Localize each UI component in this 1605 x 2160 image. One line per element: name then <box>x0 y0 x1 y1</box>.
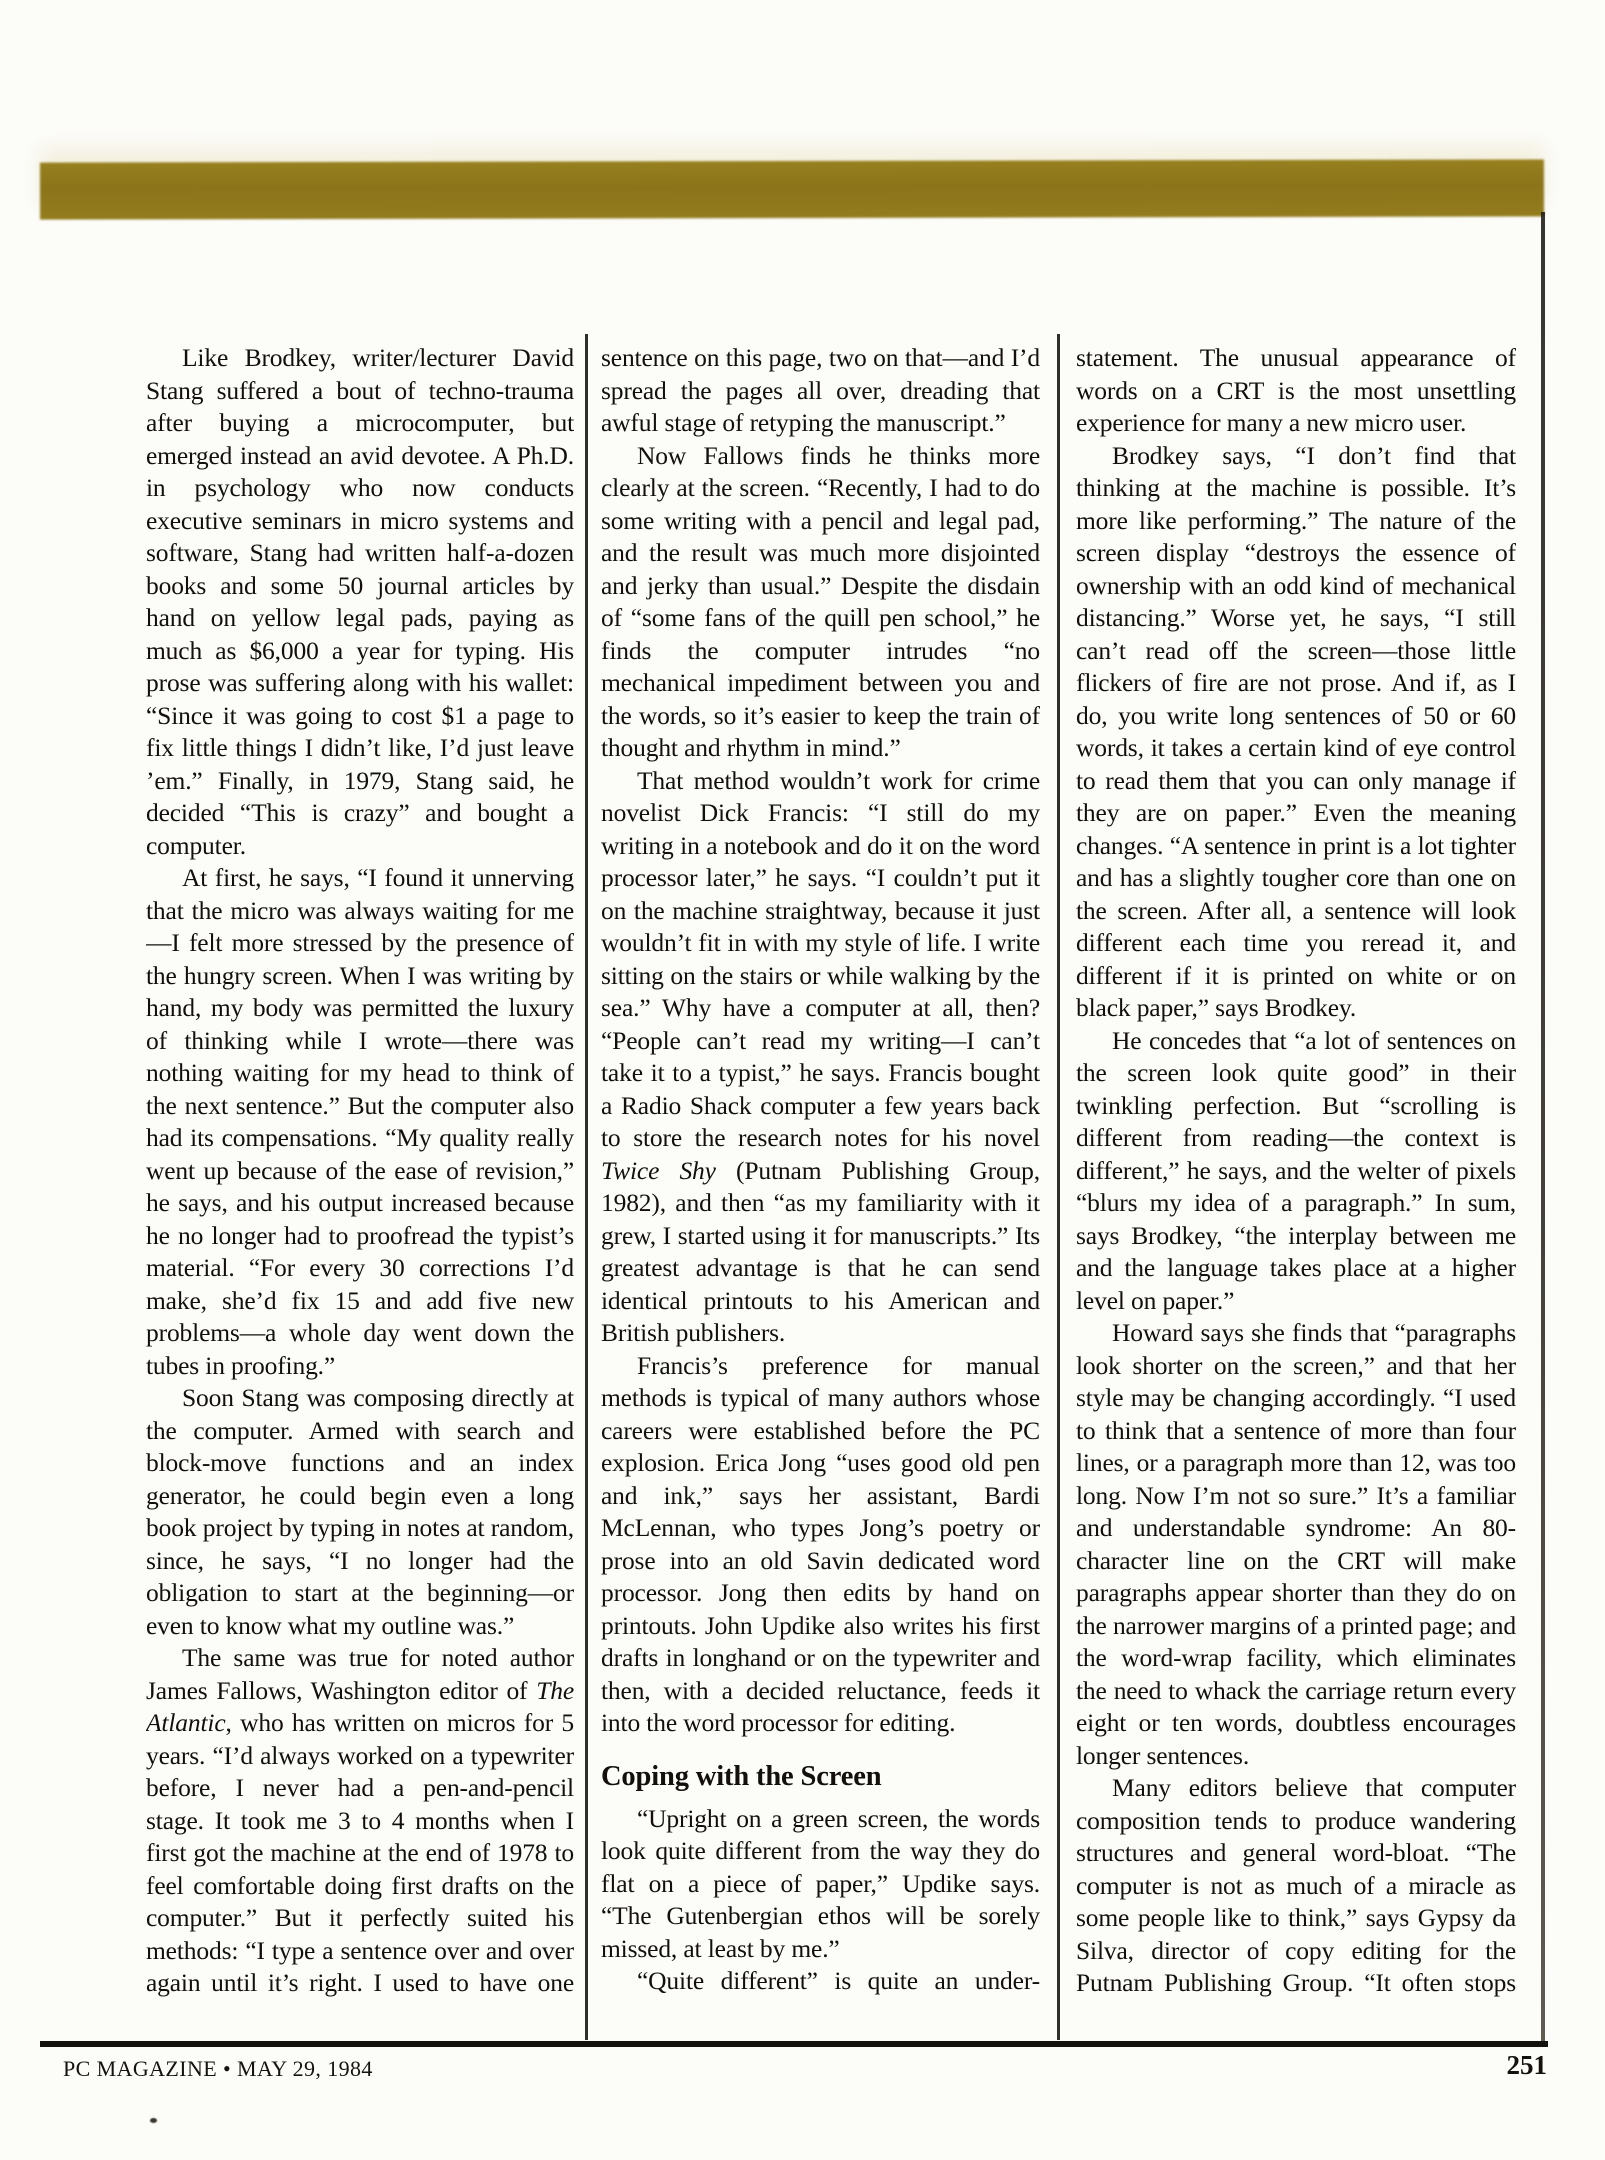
page-edge-line <box>1541 212 1545 2045</box>
body-text: That method wouldn’t work for crime nove… <box>601 766 1040 1153</box>
paragraph: That method wouldn’t work for crime nove… <box>601 765 1040 1350</box>
paragraph: sentence on this page, two on that—and I… <box>601 342 1040 440</box>
paragraph: “Upright on a green screen, the words lo… <box>601 1803 1040 1966</box>
body-text: Now Fallows finds he thinks more clearly… <box>601 441 1040 763</box>
page-number: 251 <box>1507 2050 1548 2081</box>
body-text: Brodkey says, “I don’t find that thinkin… <box>1076 441 1516 1023</box>
body-text: “Quite different” is quite an under- <box>637 1966 1040 1995</box>
body-text: Soon Stang was composing directly at the… <box>146 1383 574 1640</box>
paragraph: “Quite different” is quite an under- <box>601 1965 1040 1998</box>
body-text: Many editors believe that computer compo… <box>1076 1773 1516 1997</box>
body-text: Francis’s preference for manual methods … <box>601 1351 1040 1738</box>
paragraph: He concedes that “a lot of sentences on … <box>1076 1025 1516 1318</box>
body-text: “Upright on a green screen, the words lo… <box>601 1804 1040 1963</box>
body-text: He concedes that “a lot of sentences on … <box>1076 1026 1516 1315</box>
italic-text: Twice Shy <box>601 1156 716 1185</box>
column-rule-1 <box>585 334 588 2040</box>
paragraph: The same was true for noted author James… <box>146 1642 574 2000</box>
paragraph: At first, he says, “I found it unnerving… <box>146 862 574 1382</box>
section-heading: Coping with the Screen <box>601 1761 1040 1792</box>
article-column-3: statement. The unusual appearance of wor… <box>1076 342 1516 2040</box>
paragraph: Soon Stang was composing directly at the… <box>146 1382 574 1642</box>
magazine-footer: PC MAGAZINE • MAY 29, 1984 <box>63 2056 373 2082</box>
article-column-1: Like Brodkey, writer/lecturer David Stan… <box>146 342 574 2040</box>
body-text: Howard says she finds that “paragraphs l… <box>1076 1318 1516 1770</box>
body-text: Coping with the Screen <box>601 1761 881 1792</box>
paragraph: Brodkey says, “I don’t find that thinkin… <box>1076 440 1516 1025</box>
body-text: At first, he says, “I found it unnerving… <box>146 863 574 1380</box>
body-text: statement. The unusual appearance of wor… <box>1076 343 1516 437</box>
article-column-2: sentence on this page, two on that—and I… <box>601 342 1040 2040</box>
paragraph: Like Brodkey, writer/lecturer David Stan… <box>146 342 574 862</box>
paragraph: Francis’s preference for manual methods … <box>601 1350 1040 1740</box>
body-text: , who has written on micros for 5 years.… <box>146 1708 574 1997</box>
paragraph: Howard says she finds that “paragraphs l… <box>1076 1317 1516 1772</box>
magazine-page-scan: Like Brodkey, writer/lecturer David Stan… <box>0 0 1605 2160</box>
paragraph: statement. The unusual appearance of wor… <box>1076 342 1516 440</box>
paragraph: Now Fallows finds he thinks more clearly… <box>601 440 1040 765</box>
body-text: Like Brodkey, writer/lecturer David Stan… <box>146 343 574 860</box>
body-text: sentence on this page, two on that—and I… <box>601 343 1040 437</box>
ink-speck <box>150 2118 157 2123</box>
paragraph: Many editors believe that computer compo… <box>1076 1772 1516 2000</box>
footer-rule <box>40 2041 1548 2047</box>
body-text: The same was true for noted author James… <box>146 1643 574 1705</box>
column-rule-2 <box>1057 334 1060 2040</box>
gold-divider-bar <box>40 159 1544 219</box>
